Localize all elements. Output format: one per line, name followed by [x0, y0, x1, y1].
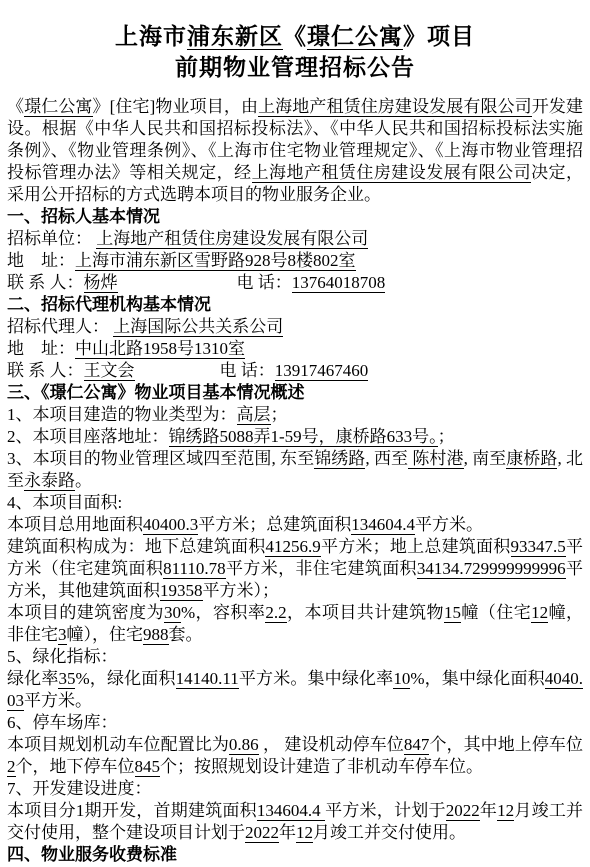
item-6-parking: 本项目规划机动车位配置比为0.86 ， 建设机动停车位847个，其中地上停车位2… [7, 734, 583, 778]
underlined-text: 杨烨 [84, 273, 118, 293]
underlined-text: 12 [497, 801, 514, 821]
text-run: 四、物业服务收费标准 [7, 845, 177, 864]
underlined-text: 康桥路 [506, 449, 557, 469]
text-run: 绿化率 [7, 669, 58, 688]
text-run: 》项目 [403, 24, 475, 49]
item-6-parking-heading: 6、停车场库： [7, 712, 583, 734]
text-run: 6、停车场库： [7, 713, 118, 732]
section-1-heading: 一、招标人基本情况 [7, 206, 583, 228]
tenderer-contact-line: 联 系 人：杨烨 电 话：13764018708 [7, 272, 583, 294]
underlined-text: 浦东新区 [187, 24, 283, 50]
section-3-heading: 三、《璟仁公寓》物业项目基本情况概述 [7, 382, 583, 404]
text-run: 5、绿化指标： [7, 647, 118, 666]
text-run: ， 建设机动停车位 [259, 735, 404, 754]
text-run: 个，地下停车位 [16, 757, 135, 776]
item-4-density: 本项目的建筑密度为30%，容积率2.2，本项目共计建筑物15幢（住宅12幢，非住… [7, 602, 583, 646]
text-run: ； [271, 405, 288, 424]
text-run: 地 址： [7, 251, 75, 270]
text-run: 年 [480, 801, 497, 820]
text-run: 上海市 [115, 24, 187, 49]
underlined-text: 锦绣路 [314, 449, 365, 469]
underlined-text: 35 [58, 669, 75, 689]
text-run: 招标代理人： [7, 317, 113, 336]
text-run: 平方米；总建筑面积 [198, 515, 351, 534]
text-run [118, 273, 237, 292]
underlined-text: 10 [393, 669, 410, 689]
item-1-property-type: 1、本项目建造的物业类型为：高层； [7, 404, 583, 426]
text-run: 。 [75, 471, 92, 490]
item-7-progress: 本项目分1期开发，首期建筑面积134604.4 平方米，计划于2022年12月竣… [7, 800, 583, 844]
text-run: 年 [279, 823, 296, 842]
underlined-text: 845 [135, 757, 161, 777]
text-run: 《 [7, 97, 24, 116]
underlined-text: 永泰路 [24, 471, 75, 491]
text-run: 个，其中地上停车位 [429, 735, 583, 754]
item-4-area-heading: 4、本项目面积: [7, 492, 583, 514]
item-4-area-breakdown: 建筑面积构成为：地下总建筑面积41256.9平方米；地上总建筑面积93347.5… [7, 536, 583, 602]
text-run: 前期物业管理招标公告 [175, 55, 415, 80]
section-4-heading: 四、物业服务收费标准 [7, 844, 583, 866]
text-run: %，容积率 [181, 603, 265, 622]
underlined-text: 上海地产租赁住房建设发展有限公司 [252, 163, 532, 183]
underlined-text: 93347.5 [511, 537, 566, 557]
underlined-text: 锦绣路5088弄1-59号，康桥路633号。 [169, 427, 438, 447]
text-run: 建筑面积构成为：地下总建筑面积 [7, 537, 265, 556]
underlined-text: 王文会 [84, 361, 135, 381]
item-4-total-area: 本项目总用地面积40400.3平方米；总建筑面积134604.4平方米。 [7, 514, 583, 536]
text-run: 平方米。 [415, 515, 483, 534]
text-run: 月竣工并交付使用。 [313, 823, 466, 842]
underlined-text: 81110.78 [163, 559, 226, 579]
text-run: 本项目规划机动车位配置比为 [7, 735, 229, 754]
text-run: 》[住宅]物业项目，由 [93, 97, 259, 116]
page: 上海市浦东新区《璟仁公寓》项目前期物业管理招标公告《璟仁公寓》[住宅]物业项目，… [0, 0, 590, 867]
text-run: 《 [283, 24, 307, 49]
underlined-text: 璟仁公寓 [24, 97, 92, 117]
text-run: , 南至 [464, 449, 507, 468]
tenderer-address-line: 地 址：上海市浦东新区雪野路928号8楼802室 [7, 250, 583, 272]
item-3-boundaries: 3、本项目的物业管理区域四至范围, 东至锦绣路, 西至 陈村港, 南至康桥路, … [7, 448, 583, 492]
text-run: 平方米。 [24, 691, 92, 710]
text-run: 幢（住宅 [461, 603, 531, 622]
text-run: 幢），住宅 [67, 625, 144, 644]
text-run: 1、本项目建造的物业类型为： [7, 405, 237, 424]
text-run: 3、本项目的物业管理区域四至范围, 东至 [7, 449, 314, 468]
underlined-text: 陈村港 [408, 449, 464, 469]
text-run: 电 话： [237, 273, 292, 292]
underlined-text: 上海国际公共关系公司 [113, 317, 283, 337]
document-title-line2: 前期物业管理招标公告 [7, 52, 583, 83]
underlined-text: 璟仁公寓 [307, 24, 403, 50]
text-run: 联 系 人： [7, 361, 84, 380]
underlined-text: 41256.9 [265, 537, 320, 557]
text-run: 本项目的建筑密度为 [7, 603, 164, 622]
underlined-text: 0.86 [229, 735, 259, 755]
text-run: 电 话： [220, 361, 275, 380]
item-5-greening-heading: 5、绿化指标： [7, 646, 583, 668]
text-run: 平方米，计划于 [325, 801, 446, 820]
underlined-text: 15 [444, 603, 461, 623]
underlined-text: 上海市浦东新区雪野路928号8楼802室 [75, 251, 356, 271]
item-2-location: 2、本项目座落地址：锦绣路5088弄1-59号，康桥路633号。； [7, 426, 583, 448]
underlined-text: 2 [7, 757, 16, 777]
text-run: 平方米。集中绿化率 [239, 669, 394, 688]
text-run: 7、开发建设进度： [7, 779, 152, 798]
text-run: 平方米；地上总建筑面积 [321, 537, 511, 556]
text-run: 2、本项目座落地址： [7, 427, 169, 446]
underlined-text: 2022 [446, 801, 480, 821]
underlined-text: 34134.729999999996 [417, 559, 566, 579]
underlined-text: 3 [58, 625, 67, 645]
text-run: 4、本项目面积: [7, 493, 122, 512]
underlined-text: 中山北路1958号1310室 [75, 339, 245, 359]
text-run: 二、招标代理机构基本情况 [7, 295, 211, 314]
underlined-text: 上海地产租赁住房建设发展有限公司 [96, 229, 368, 249]
underlined-text: 高层 [237, 405, 271, 425]
underlined-text: 14140.11 [176, 669, 239, 689]
document: 上海市浦东新区《璟仁公寓》项目前期物业管理招标公告《璟仁公寓》[住宅]物业项目，… [0, 0, 590, 866]
text-run: 三、《璟仁公寓》物业项目基本情况概述 [7, 383, 305, 402]
tenderer-name-line: 招标单位： 上海地产租赁住房建设发展有限公司 [7, 228, 583, 250]
text-run: ； [438, 427, 455, 446]
underlined-text: 12 [531, 603, 548, 623]
underlined-text: 12 [296, 823, 313, 843]
underlined-text: 847 [404, 735, 430, 755]
text-run: %，绿化面积 [75, 669, 175, 688]
text-run: 招标单位： [7, 229, 96, 248]
text-run: 本项目分1期开发，首期建筑面积 [7, 801, 257, 820]
underlined-text: 2022 [245, 823, 279, 843]
agent-contact-line: 联 系 人：王文会 电 话：13917467460 [7, 360, 583, 382]
text-run: 平方米）； [203, 581, 280, 600]
text-run: 套。 [169, 625, 203, 644]
underlined-text: 988 [143, 625, 169, 645]
text-run: 一、招标人基本情况 [7, 207, 160, 226]
text-run: 个；按照规划设计建造了非机动车停车位。 [160, 757, 483, 776]
text-run [135, 361, 220, 380]
item-7-progress-heading: 7、开发建设进度： [7, 778, 583, 800]
text-run: 联 系 人： [7, 273, 84, 292]
underlined-text: 上海地产租赁住房建设发展有限公司 [258, 97, 532, 117]
item-5-greening: 绿化率35%，绿化面积14140.11平方米。集中绿化率10%，集中绿化面积40… [7, 668, 583, 712]
text-run: 本项目总用地面积 [7, 515, 143, 534]
intro-paragraph: 《璟仁公寓》[住宅]物业项目，由上海地产租赁住房建设发展有限公司开发建设。根据《… [7, 96, 583, 206]
text-run: 平方米，非住宅建筑面积 [226, 559, 417, 578]
agent-name-line: 招标代理人： 上海国际公共关系公司 [7, 316, 583, 338]
underlined-text: 19358 [160, 581, 203, 601]
underlined-text: 2.2 [265, 603, 286, 623]
document-title-line1: 上海市浦东新区《璟仁公寓》项目 [7, 21, 583, 52]
underlined-text: 30 [164, 603, 181, 623]
section-2-heading: 二、招标代理机构基本情况 [7, 294, 583, 316]
underlined-text: 13917467460 [275, 361, 369, 381]
text-run: , 西至 [365, 449, 408, 468]
underlined-text: 134604.4 [351, 515, 415, 535]
underlined-text: 13764018708 [292, 273, 386, 293]
text-run: %，集中绿化面积 [410, 669, 544, 688]
text-run: 地 址： [7, 339, 75, 358]
underlined-text: 40400.3 [143, 515, 198, 535]
underlined-text: 134604.4 [257, 801, 325, 821]
text-run: ，本项目共计建筑物 [287, 603, 444, 622]
agent-address-line: 地 址：中山北路1958号1310室 [7, 338, 583, 360]
